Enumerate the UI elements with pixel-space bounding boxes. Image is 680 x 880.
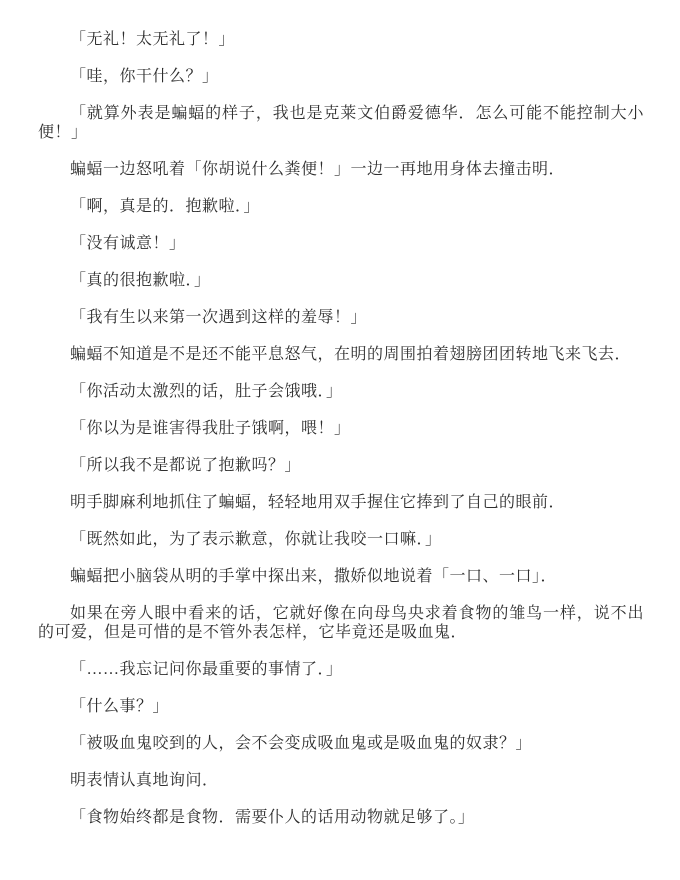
- paragraph: 「什么事？」: [38, 697, 644, 716]
- paragraph: 「啊，真是的．抱歉啦．」: [38, 197, 644, 216]
- paragraph: 「我有生以来第一次遇到这样的羞辱！」: [38, 308, 644, 327]
- paragraph: 「没有诚意！」: [38, 234, 644, 253]
- paragraph: 「你以为是谁害得我肚子饿啊，喂！」: [38, 419, 644, 438]
- paragraph: 「真的很抱歉啦．」: [38, 271, 644, 290]
- paragraph: 「既然如此，为了表示歉意，你就让我咬一口嘛．」: [38, 530, 644, 549]
- paragraph: 「你活动太激烈的话，肚子会饿哦．」: [38, 382, 644, 401]
- paragraph: 「被吸血鬼咬到的人，会不会变成吸血鬼或是吸血鬼的奴隶？」: [38, 734, 644, 753]
- paragraph: 明表情认真地询问．: [38, 771, 644, 790]
- paragraph: 「食物始终都是食物．需要仆人的话用动物就足够了。」: [38, 808, 644, 827]
- paragraph: 蝙蝠把小脑袋从明的手掌中探出来，撒娇似地说着「一口、一口」．: [38, 567, 644, 586]
- novel-text-page: 「无礼！太无礼了！」 「哇，你干什么？」 「就算外表是蝙蝠的样子，我也是克莱文伯…: [0, 0, 680, 880]
- paragraph: 「所以我不是都说了抱歉吗？」: [38, 456, 644, 475]
- paragraph: 明手脚麻利地抓住了蝙蝠，轻轻地用双手握住它捧到了自己的眼前．: [38, 493, 644, 512]
- paragraph: 「就算外表是蝙蝠的样子，我也是克莱文伯爵爱德华．怎么可能不能控制大小便！」: [38, 104, 644, 142]
- paragraph: 「哇，你干什么？」: [38, 67, 644, 86]
- paragraph: 「……我忘记问你最重要的事情了．」: [38, 660, 644, 679]
- paragraph: 「无礼！太无礼了！」: [38, 30, 644, 49]
- paragraph: 蝙蝠不知道是不是还不能平息怒气，在明的周围拍着翅膀团团转地飞来飞去．: [38, 345, 644, 364]
- paragraph: 如果在旁人眼中看来的话，它就好像在向母鸟央求着食物的雏鸟一样，说不出的可爱，但是…: [38, 604, 644, 642]
- paragraph: 蝙蝠一边怒吼着「你胡说什么粪便！」一边一再地用身体去撞击明．: [38, 160, 644, 179]
